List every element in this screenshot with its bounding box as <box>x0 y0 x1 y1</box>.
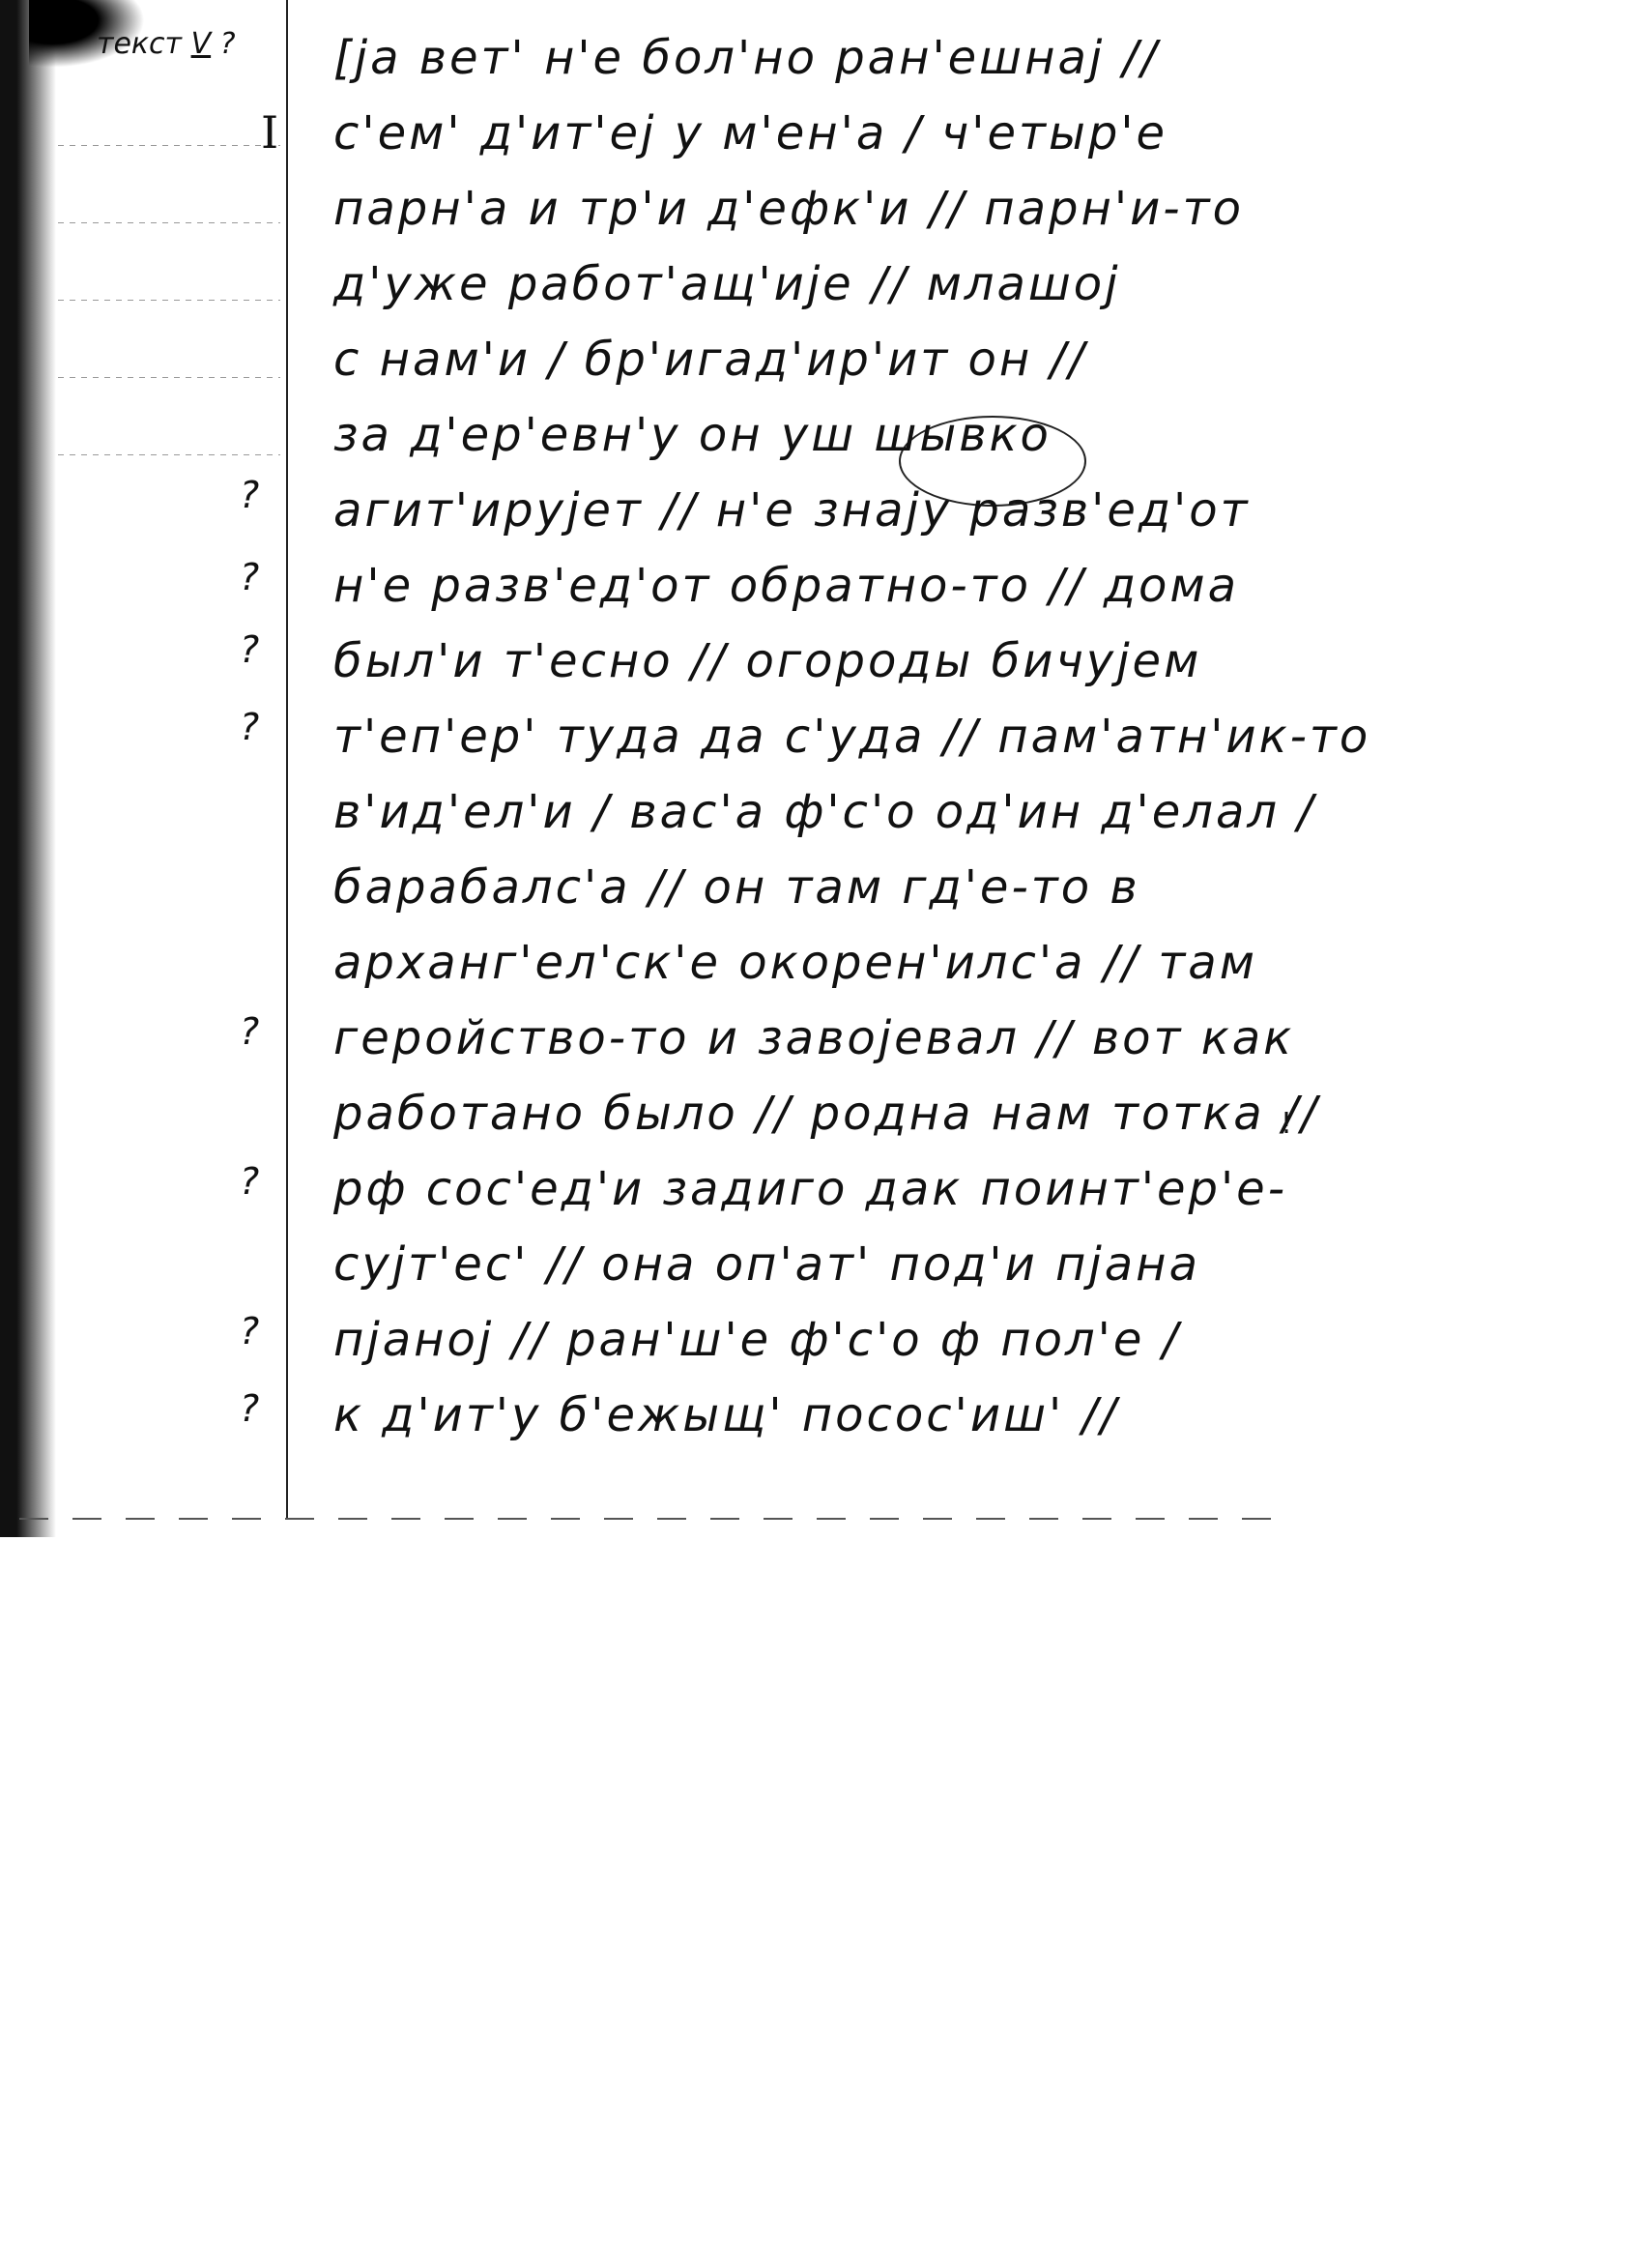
header-query: ? <box>220 27 236 61</box>
transcript-line: агит'ируjет // н'е знаjу разв'ед'от <box>333 483 1251 538</box>
transcript-line: арханг'ел'ск'е окорен'илс'а // там <box>333 936 1257 990</box>
margin-query: ? <box>240 706 259 748</box>
page-binding-edge <box>0 0 56 1537</box>
margin-query: ? <box>240 628 259 671</box>
faint-rule <box>58 145 280 146</box>
margin-query: ? <box>240 556 259 598</box>
transcript-line: н'е разв'ед'от обратно-то // дома <box>333 559 1239 613</box>
transcript-line: рф сос'ед'и задиго дак поинт'ер'е- <box>333 1162 1287 1216</box>
transcript-line: [ja вет' н'е бол'но ран'ешнаj // <box>333 31 1160 85</box>
transcript-line: был'и т'есно // огороды бичуjем <box>333 634 1201 688</box>
transcript-line: барабалс'а // он там гд'е-то в <box>333 860 1140 915</box>
margin-query: ? <box>240 474 259 516</box>
transcript-line: за д'ер'евн'у он уш шывко <box>333 408 1052 462</box>
faint-rule <box>58 222 280 223</box>
margin-rule <box>286 0 288 1518</box>
faint-rule <box>58 454 280 455</box>
transcript-line: т'еп'ер' туда да с'уда // пам'атн'ик-то <box>333 710 1370 764</box>
section-mark: I <box>261 106 278 159</box>
transcript-line: пjаноj // ран'ш'е ф'с'о ф пол'е / <box>333 1313 1181 1367</box>
margin-query: ? <box>240 1387 259 1430</box>
transcript-line: с нам'и / бр'игад'ир'ит он // <box>333 333 1087 387</box>
text-label: текст <box>97 27 182 61</box>
margin-query: ? <box>240 1310 259 1352</box>
margin-query: ? <box>240 1160 259 1203</box>
transcript-line: геройство-то и завоjевал // вот как <box>333 1011 1294 1065</box>
transcript-line: в'ид'ел'и / вас'а ф'с'о од'ин д'елал / <box>333 785 1315 839</box>
margin-query: ? <box>240 1010 259 1053</box>
bottom-rule <box>19 1518 1285 1520</box>
text-header: текст V ? <box>97 27 236 61</box>
transcript-line: д'уже работ'ащ'иje // млашоj <box>333 257 1121 311</box>
transcript-line: работано было // родна нам тотка // <box>333 1087 1319 1141</box>
transcript-line: суjт'ес' // она оп'ат' под'и пjана <box>333 1237 1200 1292</box>
transcript-line: к д'ит'у б'ежыщ' посос'иш' // <box>333 1388 1119 1442</box>
text-number: V <box>191 27 212 61</box>
faint-rule <box>58 300 280 301</box>
transcript-line: парн'а и тр'и д'ефк'и // парн'и-то <box>333 182 1244 236</box>
transcript-line: с'ем' д'ит'еj у м'ен'а / ч'етыр'е <box>333 106 1167 160</box>
faint-rule <box>58 377 280 378</box>
